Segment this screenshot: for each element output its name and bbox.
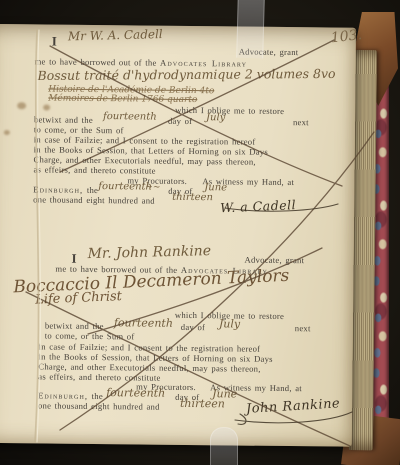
holding-strip-top	[236, 0, 265, 58]
holding-strip-bottom	[210, 427, 238, 465]
advocate-grant-label: Advocate, grant	[244, 255, 304, 266]
day-of-label: day of	[168, 116, 192, 126]
book-title-handwritten-2: Life of Christ	[35, 289, 122, 308]
struck-out-title-2: Mémoires de Berlin 1766 quarto	[48, 94, 197, 106]
next-label: next	[295, 323, 311, 333]
year-handwritten: thirteen	[172, 192, 213, 203]
signed-day-handwritten: fourteenth	[98, 181, 152, 193]
signature-rankine: John Rankine	[246, 396, 341, 417]
year-line: one thousand eight hundred and	[33, 194, 155, 205]
edinburgh-line: Edinburgh, the	[33, 184, 98, 195]
day-of-label: day of	[181, 322, 205, 332]
ink-flourish: ~~	[145, 183, 160, 193]
effeirs-line: as effeirs, and thereto constitute	[33, 164, 155, 175]
due-month-handwritten: July	[206, 112, 225, 123]
edinburgh-line: Edinburgh, the	[38, 390, 103, 401]
borrower-name: Mr. John Rankine	[87, 243, 211, 262]
signature-cadell: W. a Cadell	[220, 197, 297, 215]
oblige-restore-line: which I oblige me to restore	[175, 105, 284, 116]
photograph-background: 103. I Mr W. A. Cadell Advocate, grant m…	[0, 0, 400, 465]
due-month-handwritten: July	[219, 317, 240, 330]
register-page: 103. I Mr W. A. Cadell Advocate, grant m…	[0, 24, 356, 447]
year-line: one thousand eight hundred and	[38, 400, 160, 411]
foxing-spot	[17, 102, 26, 109]
year-handwritten: thirteen	[180, 397, 225, 410]
due-day-handwritten: fourteenth	[103, 111, 157, 123]
register-entry-rankine: I Mr. John Rankine Advocate, grant me to…	[0, 24, 356, 28]
next-label: next	[293, 117, 309, 127]
entry-initial: I	[52, 34, 57, 50]
foxing-spot	[4, 130, 10, 135]
register-entry-cadell: I Mr W. A. Cadell Advocate, grant me to …	[0, 24, 356, 28]
book-title-handwritten: Bossut traité d'hydrodynamique 2 volumes…	[37, 66, 335, 83]
foxing-spot	[43, 104, 50, 110]
sum-line: to come, or the Sum of	[45, 330, 135, 341]
betwixt-prefix: betwixt and the	[45, 320, 104, 331]
betwixt-prefix: betwixt and the	[34, 114, 93, 125]
due-day-handwritten: fourteenth	[114, 316, 173, 330]
borrower-name: Mr W. A. Cadell	[68, 27, 163, 43]
signed-day-handwritten: fourteenth	[106, 386, 165, 400]
